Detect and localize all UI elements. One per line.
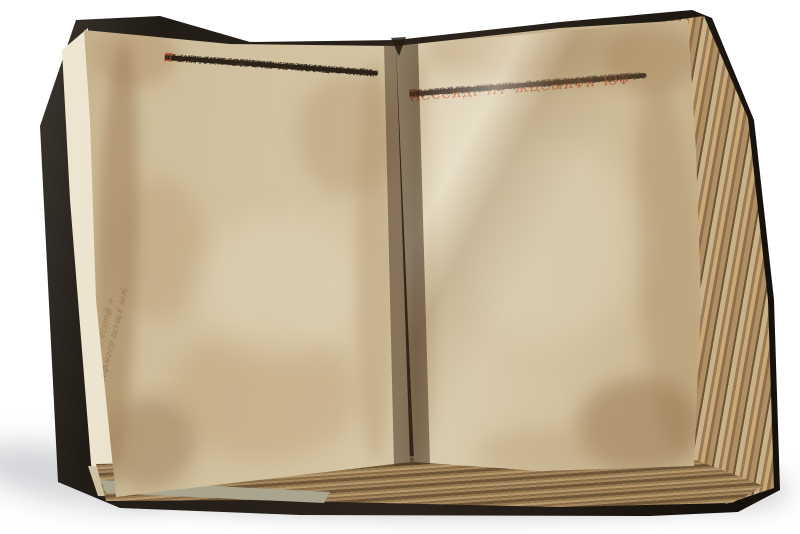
parchment-stain xyxy=(198,215,360,357)
manuscript-photo: ус́соыц єну уыщфвя шты ыа́ысргв япвніл д… xyxy=(0,0,800,534)
manuscript-text-line: тцѡ дшщи́хю́щ о́ќ вртч іпъ оьєнкѣ́вн xyxy=(164,53,282,70)
left-page-text: ус́соыц єну уыщфвя шты ыа́ысргв япвніл д… xyxy=(165,53,378,69)
